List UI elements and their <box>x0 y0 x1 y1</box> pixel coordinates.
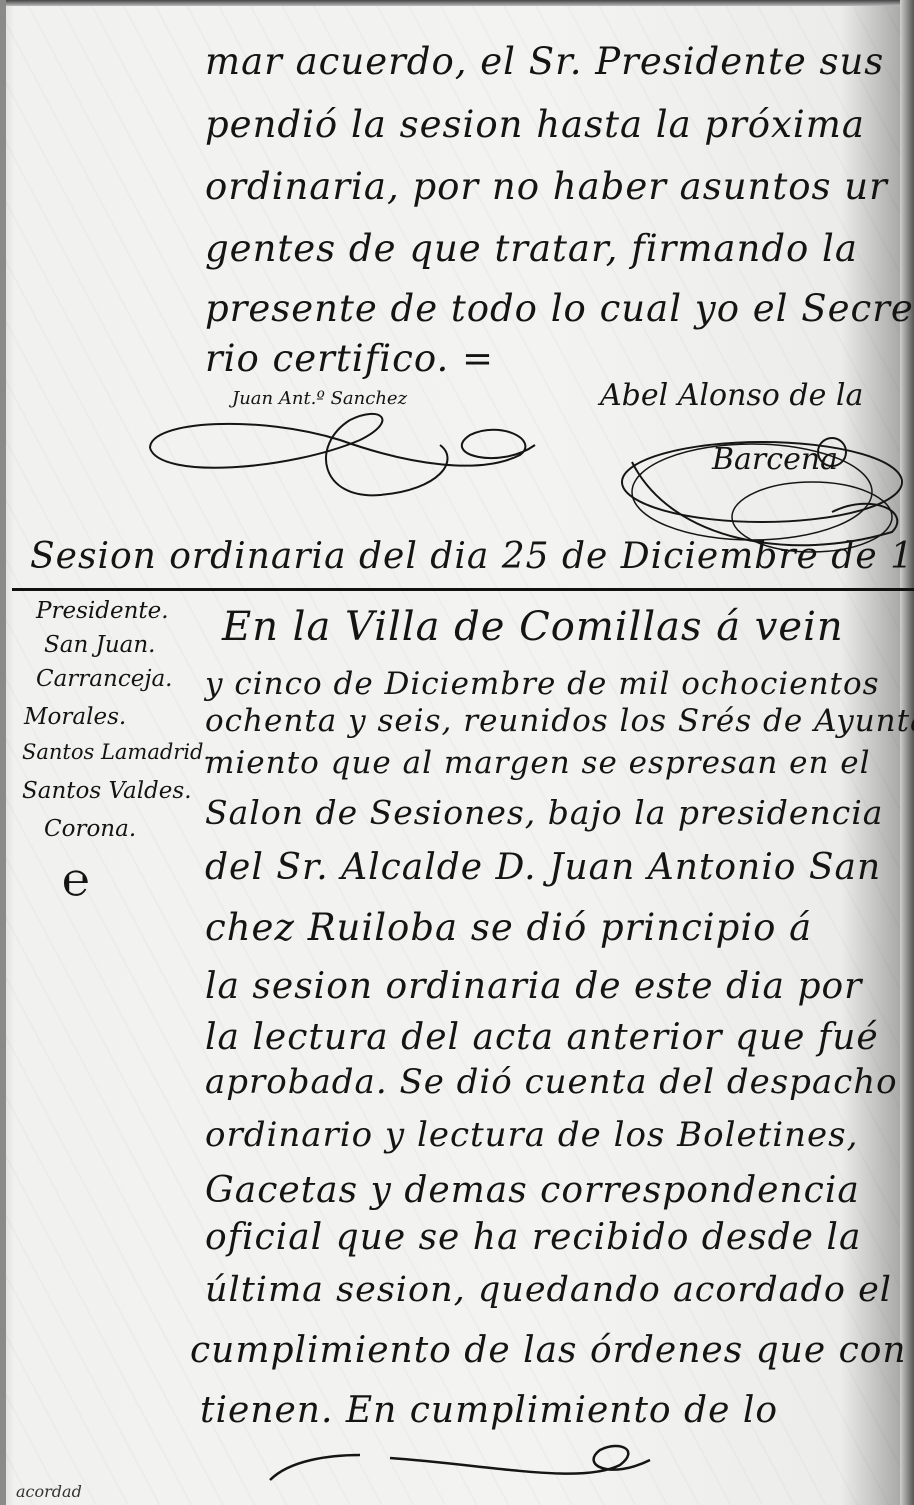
page-binding-edge <box>0 0 6 1505</box>
body-line-9: la lectura del acta anterior que fué <box>205 1017 879 1058</box>
body-line-4: miento que al margen se espresan en el <box>205 745 871 781</box>
closing-line-2: pendió la sesion hasta la próxima <box>205 103 865 146</box>
body-line-5: Salon de Sesiones, bajo la presidencia <box>205 793 883 832</box>
page-top-edge <box>0 0 914 6</box>
body-line-16: tienen. En cumplimiento de lo <box>200 1390 778 1431</box>
margin-name-morales: Morales. <box>24 704 126 730</box>
session-heading: Sesion ordinaria del dia 25 de Diciembre… <box>30 536 914 577</box>
body-line-2: y cinco de Diciembre de mil ochocientos <box>205 666 880 702</box>
body-line-15: cumplimiento de las órdenes que con <box>190 1330 907 1371</box>
closing-line-4: gentes de que tratar, firmando la <box>205 227 858 270</box>
manuscript-page: mar acuerdo, el Sr. Presidente sus pendi… <box>0 0 914 1505</box>
end-line-flourish-icon <box>260 1430 660 1500</box>
body-line-8: la sesion ordinaria de este dia por <box>205 966 862 1007</box>
closing-line-3: ordinaria, por no haber asuntos ur <box>205 165 888 208</box>
body-line-3: ochenta y seis, reunidos los Srés de Ayu… <box>205 703 914 739</box>
margin-name-carranceja: Carranceja. <box>36 666 172 692</box>
body-line-13: oficial que se ha recibido desde la <box>205 1217 861 1258</box>
page-right-edge-shadow <box>900 0 914 1505</box>
closing-line-1: mar acuerdo, el Sr. Presidente sus <box>205 40 884 83</box>
heading-underline-divider <box>12 588 914 591</box>
body-line-11: ordinario y lectura de los Boletines, <box>205 1115 858 1155</box>
body-line-14: última sesion, quedando acordado el <box>205 1270 892 1310</box>
signature-left-flourish-icon <box>140 400 540 510</box>
margin-mark-icon: ℮ <box>62 852 90 906</box>
next-page-bleed-text: acordad <box>16 1482 82 1501</box>
margin-presidente: Presidente. <box>36 598 169 624</box>
margin-name-san-juan: San Juan. <box>44 632 155 658</box>
margin-name-santos-valdes: Santos Valdes. <box>22 778 192 804</box>
margin-name-corona: Corona. <box>44 816 136 842</box>
closing-line-5: presente de todo lo cual yo el Secreta <box>205 287 914 330</box>
signature-right-line1: Abel Alonso de la <box>600 378 863 413</box>
closing-line-6: rio certifico. = <box>205 337 494 380</box>
body-line-10: aprobada. Se dió cuenta del despacho <box>205 1062 898 1102</box>
margin-name-santos-lamadrid: Santos Lamadrid. <box>22 740 210 764</box>
body-line-6: del Sr. Alcalde D. Juan Antonio San <box>205 847 881 888</box>
body-line-7: chez Ruiloba se dió principio á <box>205 906 812 949</box>
body-line-12: Gacetas y demas correspondencia <box>205 1170 860 1211</box>
body-line-1: En la Villa de Comillas á vein <box>222 604 844 650</box>
